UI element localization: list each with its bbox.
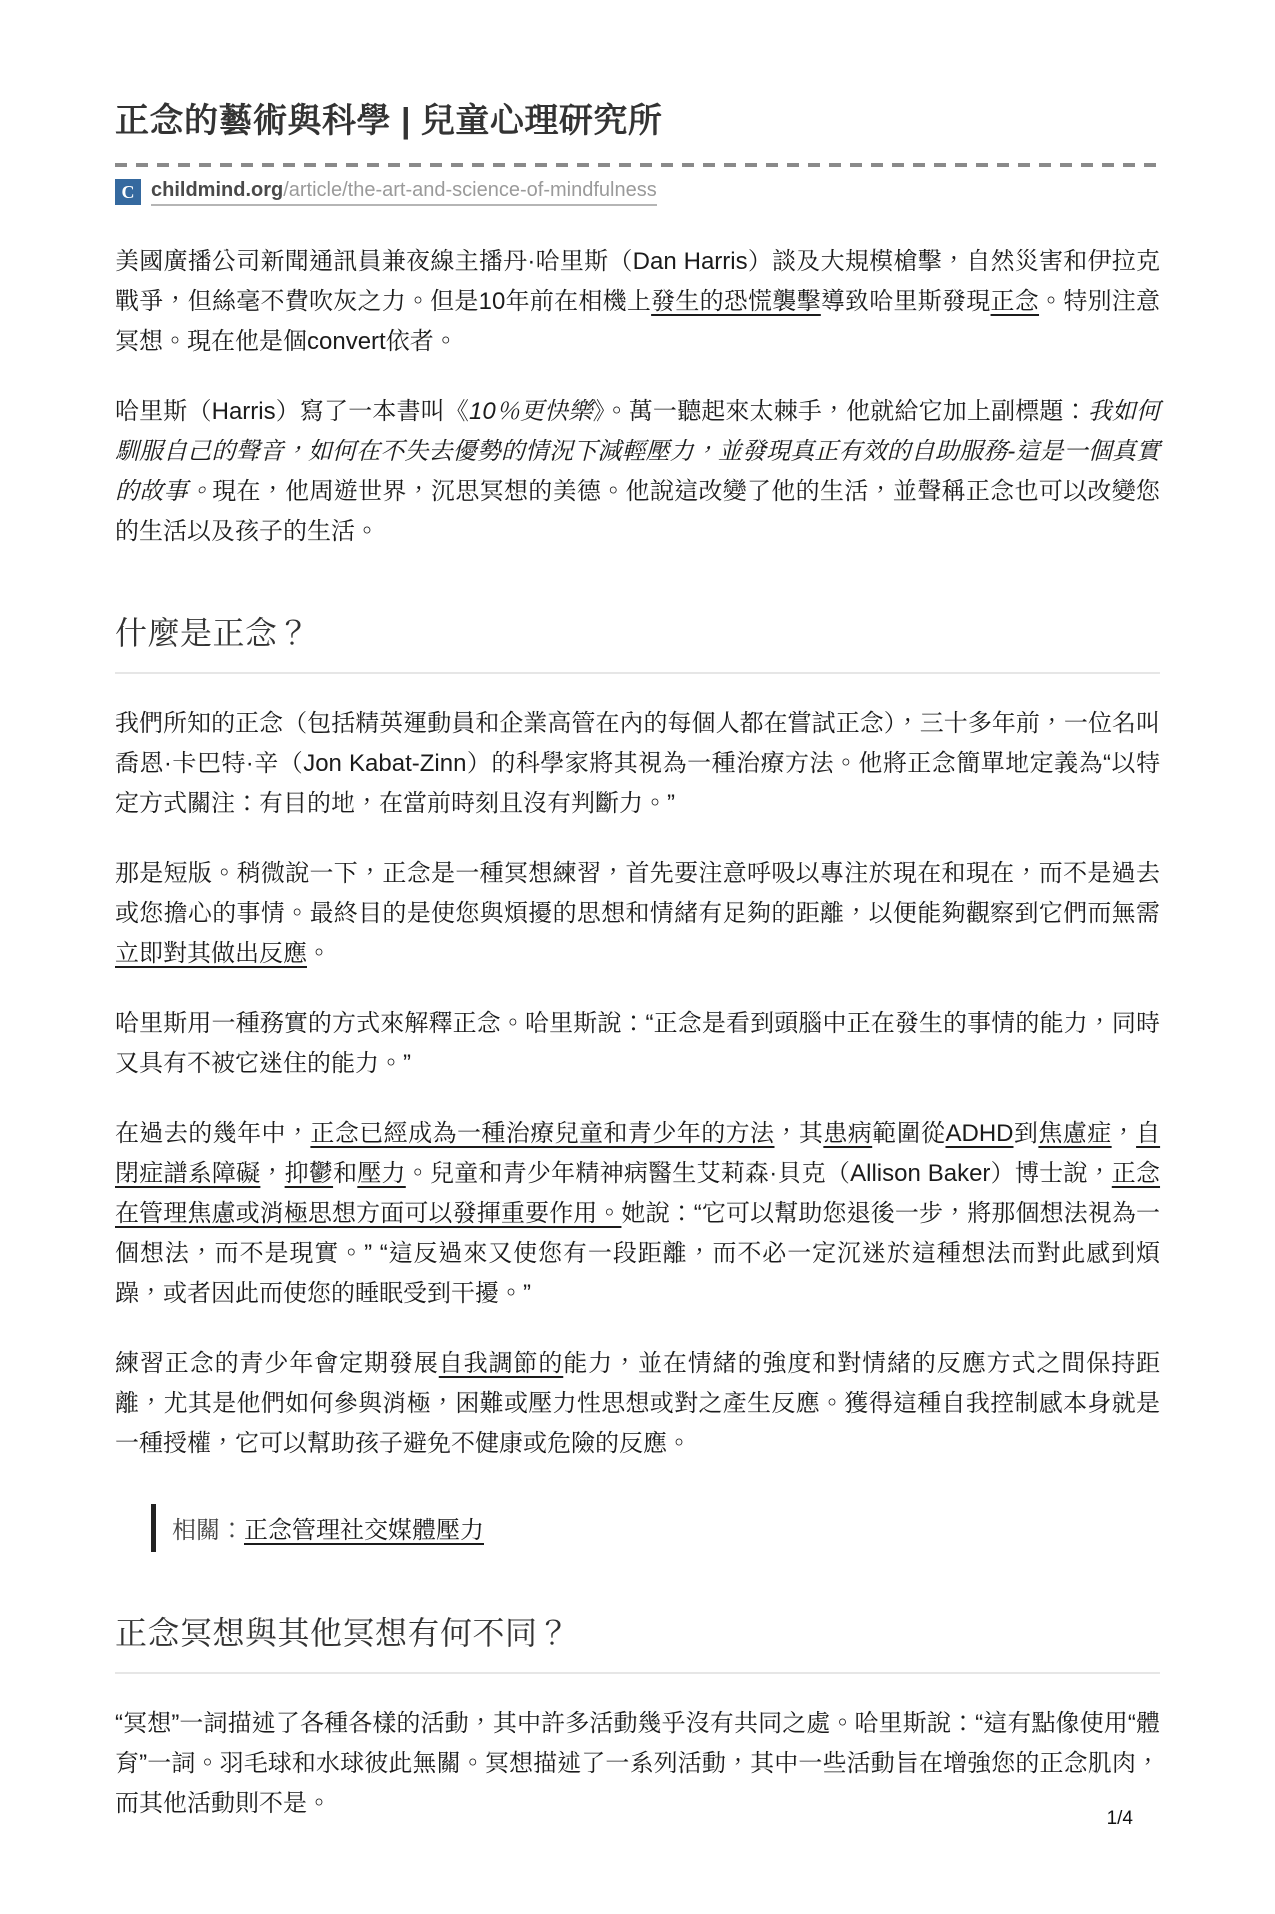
text-run: 。兒童和青少年精神病醫生艾莉森·貝克（Allison Baker）博士說， <box>406 1160 1112 1187</box>
text-run: 哈里斯用一種務實的方式來解釋正念。哈里斯說：“正念是看到頭腦中正在發生的事情的能… <box>115 1010 1160 1077</box>
source-link[interactable]: childmind.org/article/the-art-and-scienc… <box>151 179 657 206</box>
inline-link[interactable]: 立即對其做出反應 <box>115 940 307 967</box>
section-heading-meditation-difference: 正念冥想與其他冥想有何不同？ <box>115 1608 1160 1674</box>
inline-link[interactable]: 正念已經成為一種治療兒童和青少年的方法 <box>310 1120 774 1147</box>
inline-link[interactable]: 焦慮症 <box>1038 1120 1111 1147</box>
source-url-row: C childmind.org/article/the-art-and-scie… <box>115 179 1160 206</box>
paragraph-treatment: 在過去的幾年中，正念已經成為一種治療兒童和青少年的方法，其患病範圍從ADHD到焦… <box>115 1114 1160 1314</box>
document-page: 正念的藝術與科學 | 兒童心理研究所 C childmind.org/artic… <box>0 0 1275 1914</box>
paragraph-definition: 我們所知的正念（包括精英運動員和企業高管在內的每個人都在嘗試正念），三十多年前，… <box>115 704 1160 824</box>
inline-link[interactable]: 患病 <box>823 1120 872 1147</box>
site-favicon-icon: C <box>115 179 141 205</box>
inline-link[interactable]: 發生的恐慌襲擊 <box>651 288 821 315</box>
page-number: 1/4 <box>1107 1808 1133 1830</box>
text-run: “冥想”一詞描述了各種各樣的活動，其中許多活動幾乎沒有共同之處。哈里斯說：“這有… <box>115 1710 1160 1817</box>
inline-link[interactable]: 自我調節的 <box>439 1350 564 1377</box>
page-title: 正念的藝術與科學 | 兒童心理研究所 <box>115 100 1160 143</box>
text-run: 我們所知的正念（包括精英運動員和企業高管在內的每個人都在嘗試正念），三十多年前，… <box>115 710 1160 817</box>
blockquote-bar <box>151 1504 156 1552</box>
text-run: 》。萬一聽起來太棘手，他就給它加上副標題： <box>592 398 1087 425</box>
inline-link[interactable]: 抑鬱 <box>285 1160 333 1187</box>
paragraph-short-version: 那是短版。稍微說一下，正念是一種冥想練習，首先要注意呼吸以專注於現在和現在，而不… <box>115 854 1160 974</box>
text-run: ， <box>260 1160 284 1187</box>
section-heading-what-is-mindfulness: 什麼是正念？ <box>115 608 1160 674</box>
text-run: 。 <box>307 940 331 967</box>
text-run: 導致哈里斯發現 <box>821 288 991 315</box>
related-link[interactable]: 正念管理社交媒體壓力 <box>244 1517 484 1544</box>
paragraph-self-regulation: 練習正念的青少年會定期發展自我調節的能力，並在情緒的強度和對情緒的反應方式之間保… <box>115 1344 1160 1464</box>
related-blockquote: 相關：正念管理社交媒體壓力 <box>151 1504 1160 1552</box>
text-run: 和 <box>333 1160 357 1187</box>
paragraph-intro: 美國廣播公司新聞通訊員兼夜線主播丹·哈里斯（Dan Harris）談及大規模槍擊… <box>115 242 1160 362</box>
paragraph-harris-explains: 哈里斯用一種務實的方式來解釋正念。哈里斯說：“正念是看到頭腦中正在發生的事情的能… <box>115 1004 1160 1084</box>
inline-link[interactable]: 壓力 <box>357 1160 405 1187</box>
text-run: 哈里斯（Harris）寫了一本書叫《 <box>115 398 469 425</box>
text-run: 到 <box>1014 1120 1039 1147</box>
inline-link[interactable]: ADHD <box>945 1120 1013 1147</box>
paragraph-meditation-term: “冥想”一詞描述了各種各樣的活動，其中許多活動幾乎沒有共同之處。哈里斯說：“這有… <box>115 1704 1160 1824</box>
text-run: 現在，他周遊世界，沉思冥想的美德。他說這改變了他的生活，並聲稱正念也可以改變您的… <box>115 478 1160 545</box>
text-run: 練習正念的青少年會定期發展 <box>115 1350 439 1377</box>
text-run: 在過去的幾年中， <box>115 1120 310 1147</box>
source-path: /article/the-art-and-science-of-mindfuln… <box>283 179 657 201</box>
paragraph-book: 哈里斯（Harris）寫了一本書叫《10％更快樂》。萬一聽起來太棘手，他就給它加… <box>115 392 1160 552</box>
inline-link[interactable]: 正念 <box>991 288 1040 315</box>
text-run: 範圍從 <box>872 1120 945 1147</box>
text-run: ，其 <box>774 1120 823 1147</box>
related-text: 相關：正念管理社交媒體壓力 <box>172 1510 484 1545</box>
dashed-divider <box>115 163 1160 167</box>
italic-text: 10％更快樂 <box>469 398 592 425</box>
related-label: 相關： <box>172 1517 244 1544</box>
source-domain: childmind.org <box>151 179 283 201</box>
text-run: 那是短版。稍微說一下，正念是一種冥想練習，首先要注意呼吸以專注於現在和現在，而不… <box>115 860 1160 927</box>
text-run: ， <box>1112 1120 1136 1147</box>
